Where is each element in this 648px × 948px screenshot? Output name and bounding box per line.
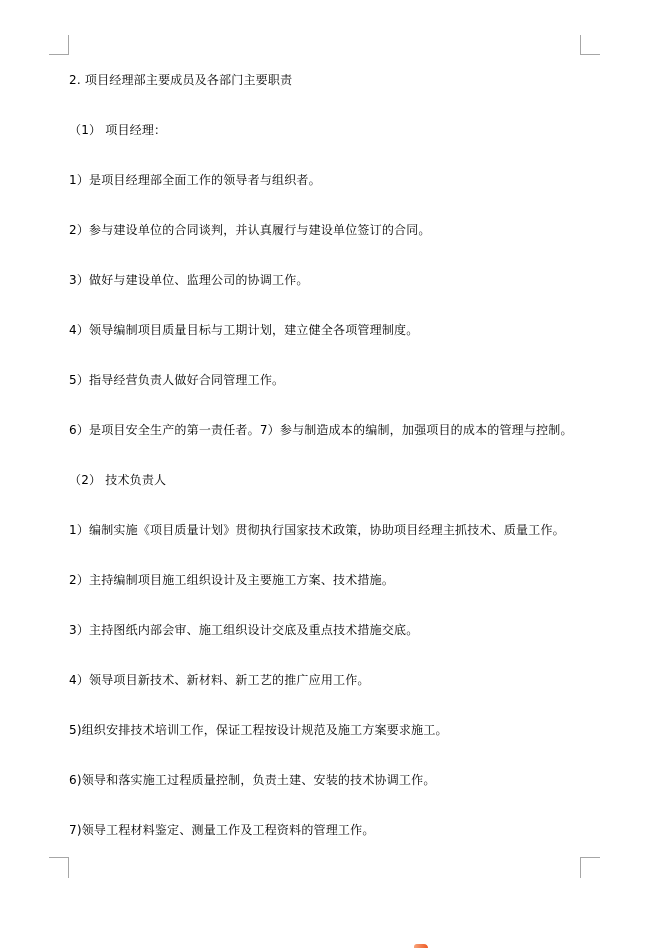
margin-mark-top-right — [580, 35, 600, 55]
section-heading: 2. 项目经理部主要成员及各部门主要职责 — [69, 72, 589, 122]
subsection-heading-project-manager: （1） 项目经理： — [69, 122, 589, 172]
paragraph-item: 6)领导和落实施工过程质量控制，负责土建、安装的技术协调工作。 — [69, 772, 589, 822]
paragraph-item: 7)领导工程材料鉴定、测量工作及工程资料的管理工作。 — [69, 822, 589, 872]
document-page: 2. 项目经理部主要成员及各部门主要职责 （1） 项目经理： 1）是项目经理部全… — [0, 0, 648, 948]
paragraph-item: 2）主持编制项目施工组织设计及主要施工方案、技术措施。 — [69, 572, 589, 622]
margin-mark-top-left — [49, 35, 69, 55]
paragraph-item: 1）编制实施《项目质量计划》贯彻执行国家技术政策，协助项目经理主抓技术、质量工作… — [69, 522, 589, 572]
paragraph-item: 3）主持图纸内部会审、施工组织设计交底及重点技术措施交底。 — [69, 622, 589, 672]
margin-mark-bottom-left — [49, 857, 69, 878]
paragraph-item: 1）是项目经理部全面工作的领导者与组织者。 — [69, 172, 589, 222]
paragraph-item: 2）参与建设单位的合同谈判，并认真履行与建设单位签订的合同。 — [69, 222, 589, 272]
paragraph-item: 4）领导编制项目质量目标与工期计划，建立健全各项管理制度。 — [69, 322, 589, 372]
watermark-logo-icon — [414, 944, 428, 948]
document-body[interactable]: 2. 项目经理部主要成员及各部门主要职责 （1） 项目经理： 1）是项目经理部全… — [69, 72, 589, 872]
paragraph-item: 4）领导项目新技术、新材料、新工艺的推广应用工作。 — [69, 672, 589, 722]
paragraph-item: 5）指导经营负责人做好合同管理工作。 — [69, 372, 589, 422]
paragraph-item: 3）做好与建设单位、监理公司的协调工作。 — [69, 272, 589, 322]
subsection-heading-technical-lead: （2） 技术负责人 — [69, 472, 589, 522]
paragraph-item: 6）是项目安全生产的第一责任者。7）参与制造成本的编制，加强项目的成本的管理与控… — [69, 422, 589, 472]
paragraph-item: 5)组织安排技术培训工作，保证工程按设计规范及施工方案要求施工。 — [69, 722, 589, 772]
